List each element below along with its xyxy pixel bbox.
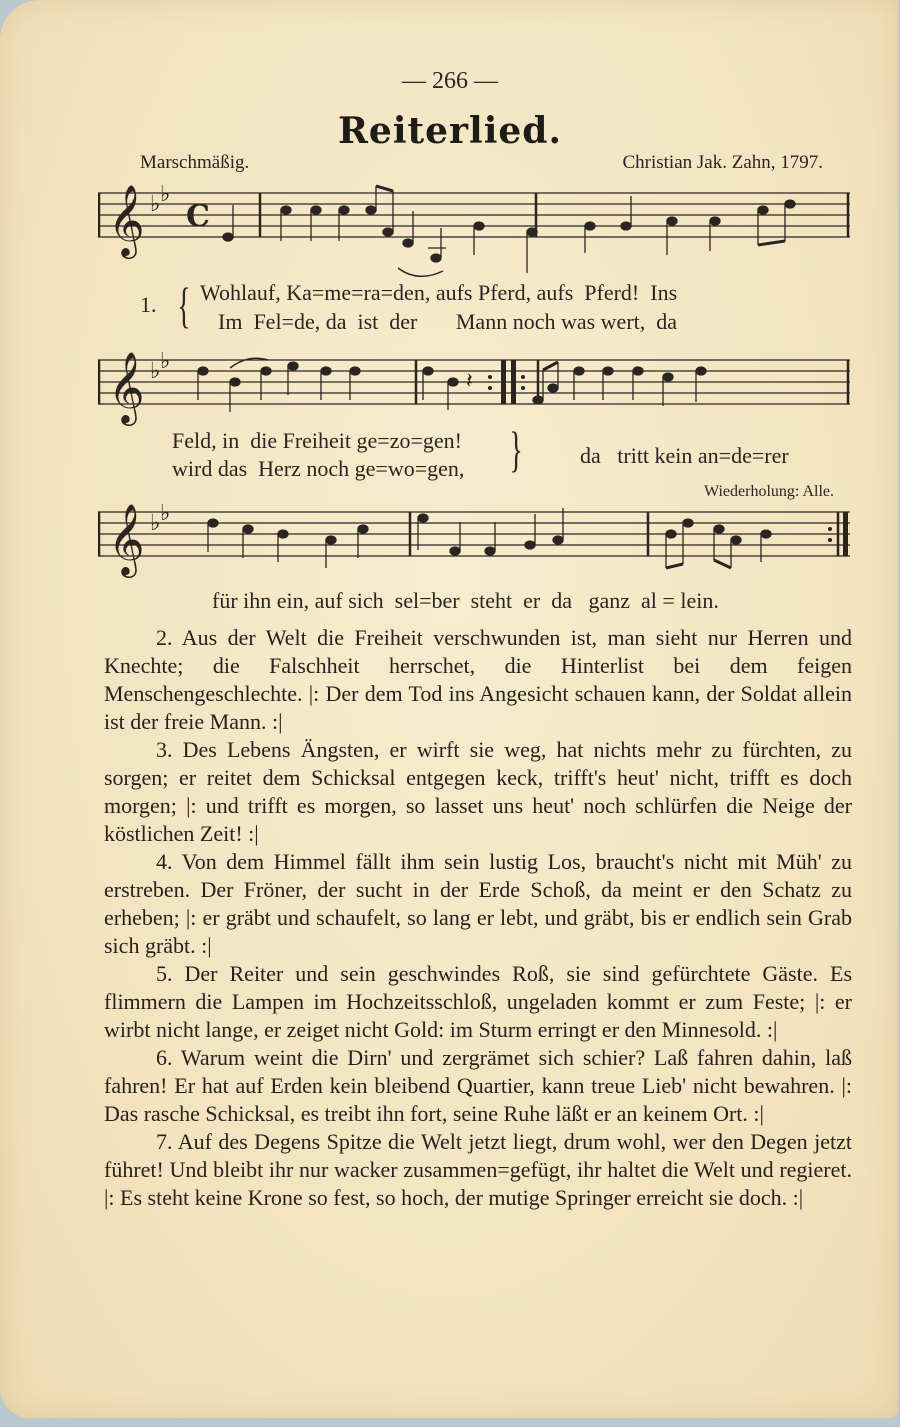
verse-number: 7.	[156, 1129, 173, 1154]
verse-number: 2.	[156, 625, 173, 650]
verse-number: 4.	[156, 849, 173, 874]
verse-number: 6.	[156, 1045, 173, 1070]
lyrics-line-1: Wohlauf, Ka=me=ra=den, aufs Pferd, aufs …	[200, 280, 677, 306]
composer-credit: Christian Jak. Zahn, 1797.	[622, 152, 823, 174]
lyrics-brace: {	[177, 280, 190, 330]
treble-clef-icon: 𝄞	[108, 350, 145, 426]
svg-text:♭: ♭	[160, 350, 170, 374]
book-page: — 266 — Reiterlied. Marschmäßig. Christi…	[0, 0, 898, 1418]
verse-number: 5.	[156, 961, 173, 986]
music-staff-2: 𝄞 ♭ ♭ 𝄽	[98, 350, 850, 430]
treble-clef-icon: 𝄞	[108, 502, 145, 578]
svg-text:♭: ♭	[150, 192, 160, 217]
page-number: — 266 —	[0, 68, 900, 95]
lyrics-line-4: wird das Herz noch ge=wo=gen,	[172, 456, 464, 482]
svg-text:♭: ♭	[150, 511, 160, 536]
music-staff-1: 𝄞 ♭ ♭ C	[98, 183, 850, 293]
song-title: Reiterlied.	[0, 110, 900, 152]
svg-text:♭: ♭	[160, 502, 170, 526]
lyrics-line-2: Im Fel=de, da ist der Mann noch was wert…	[218, 309, 677, 335]
verse-number: 3.	[156, 737, 173, 762]
staff-notation-1: 𝄞 ♭ ♭ C	[98, 183, 850, 293]
verse-number-1: 1.	[140, 292, 157, 318]
verse-text: Warum weint die Dirn' und zergrämet sich…	[104, 1045, 852, 1126]
verse-text: Aus der Welt die Freiheit verschwunden i…	[104, 625, 852, 734]
quarter-rest-icon: 𝄽	[466, 369, 473, 394]
verse-3: 3. Des Lebens Ängsten, er wirft sie weg,…	[104, 736, 852, 848]
staff-notation-2: 𝄞 ♭ ♭ 𝄽	[98, 350, 850, 430]
verse-text: Auf des Degens Spitze die Welt jetzt lie…	[104, 1129, 852, 1210]
svg-text:♭: ♭	[150, 359, 160, 384]
lyrics-brace-right: {	[509, 424, 522, 474]
lyrics-line-3: Feld, in die Freiheit ge=zo=gen!	[172, 428, 462, 454]
lyrics-line-refrain: da tritt kein an=de=rer	[580, 443, 789, 469]
tempo-marking: Marschmäßig.	[140, 152, 249, 174]
verse-5: 5. Der Reiter und sein geschwindes Roß, …	[104, 960, 852, 1044]
repeat-instruction: Wiederholung: Alle.	[704, 483, 834, 501]
lyrics-line-5: für ihn ein, auf sich sel=ber steht er d…	[212, 588, 719, 614]
verse-4: 4. Von dem Himmel fällt ihm sein lustig …	[104, 848, 852, 960]
staff-notation-3: 𝄞 ♭ ♭	[98, 502, 850, 582]
svg-text:♭: ♭	[160, 183, 170, 207]
verse-7: 7. Auf des Degens Spitze die Welt jetzt …	[104, 1128, 852, 1212]
verse-text: Der Reiter und sein geschwindes Roß, sie…	[104, 961, 852, 1042]
verse-2: 2. Aus der Welt die Freiheit verschwunde…	[104, 624, 852, 736]
treble-clef-icon: 𝄞	[108, 183, 145, 259]
common-time-icon: C	[186, 199, 210, 234]
verse-text: Des Lebens Ängsten, er wirft sie weg, ha…	[104, 737, 852, 846]
verse-text: Von dem Himmel fällt ihm sein lustig Los…	[104, 849, 852, 958]
verse-6: 6. Warum weint die Dirn' und zergrämet s…	[104, 1044, 852, 1128]
music-staff-3: 𝄞 ♭ ♭	[98, 502, 850, 582]
verses-block: 2. Aus der Welt die Freiheit verschwunde…	[104, 624, 852, 1212]
